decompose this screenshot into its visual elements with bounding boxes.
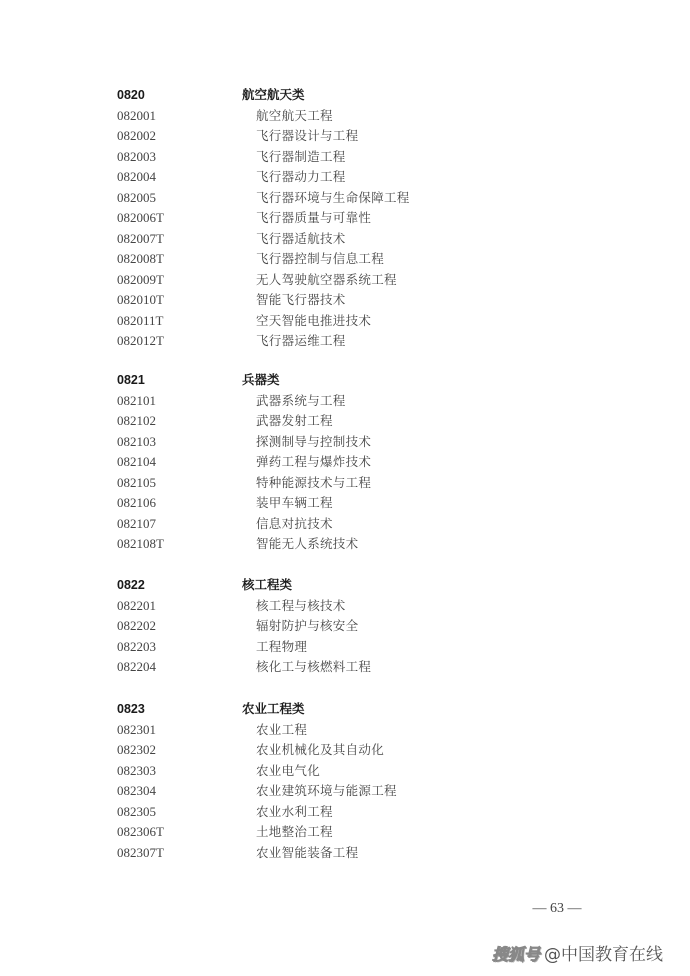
- major-name: 空天智能电推进技术: [256, 311, 371, 331]
- major-name: 无人驾驶航空器系统工程: [256, 270, 397, 290]
- watermark: 搜狐号@中国教育在线: [492, 943, 663, 967]
- list-item: 082005飞行器环境与生命保障工程: [0, 188, 690, 208]
- list-item: 082004飞行器动力工程: [0, 167, 690, 187]
- list-item: 082001航空航天工程: [0, 106, 690, 126]
- major-name: 飞行器动力工程: [256, 167, 346, 187]
- list-item: 082002飞行器设计与工程: [0, 126, 690, 146]
- category-title: 兵器类: [242, 370, 280, 390]
- major-name: 装甲车辆工程: [256, 493, 333, 513]
- major-code: 082001: [117, 106, 156, 126]
- list-item: 082304农业建筑环境与能源工程: [0, 781, 690, 801]
- major-code: 082302: [117, 740, 156, 760]
- list-item: 082202辐射防护与核安全: [0, 616, 690, 636]
- list-item: 082003飞行器制造工程: [0, 147, 690, 167]
- major-name: 武器系统与工程: [256, 391, 346, 411]
- list-item: 082006T飞行器质量与可靠性: [0, 208, 690, 228]
- list-item: 082101武器系统与工程: [0, 391, 690, 411]
- major-code: 082301: [117, 720, 156, 740]
- category-title: 农业工程类: [242, 699, 305, 719]
- major-name: 飞行器环境与生命保障工程: [256, 188, 410, 208]
- major-code: 082107: [117, 514, 156, 534]
- major-name: 武器发射工程: [256, 411, 333, 431]
- list-item: 082204核化工与核燃料工程: [0, 657, 690, 677]
- list-item: 082302农业机械化及其自动化: [0, 740, 690, 760]
- list-item: 082306T土地整治工程: [0, 822, 690, 842]
- list-item: 082203工程物理: [0, 637, 690, 657]
- list-item: 082008T飞行器控制与信息工程: [0, 249, 690, 269]
- list-item: 082307T农业智能装备工程: [0, 843, 690, 863]
- major-code: 082305: [117, 802, 156, 822]
- section-header: 0823 农业工程类: [0, 699, 690, 719]
- list-item: 082102武器发射工程: [0, 411, 690, 431]
- major-code: 082106: [117, 493, 156, 513]
- major-code: 082108T: [117, 534, 164, 554]
- list-item: 082305农业水利工程: [0, 802, 690, 822]
- major-name: 农业建筑环境与能源工程: [256, 781, 397, 801]
- major-code: 082002: [117, 126, 156, 146]
- list-item: 082105特种能源技术与工程: [0, 473, 690, 493]
- watermark-account: @中国教育在线: [544, 945, 663, 965]
- major-name: 智能飞行器技术: [256, 290, 346, 310]
- major-code: 082105: [117, 473, 156, 493]
- major-name: 农业电气化: [256, 761, 320, 781]
- category-code: 0822: [117, 575, 145, 595]
- list-item: 082009T无人驾驶航空器系统工程: [0, 270, 690, 290]
- category-code: 0823: [117, 699, 145, 719]
- major-code: 082009T: [117, 270, 164, 290]
- list-item: 082007T飞行器适航技术: [0, 229, 690, 249]
- list-item: 082011T空天智能电推进技术: [0, 311, 690, 331]
- list-item: 082107信息对抗技术: [0, 514, 690, 534]
- list-item: 082201核工程与核技术: [0, 596, 690, 616]
- major-code: 082303: [117, 761, 156, 781]
- major-code: 082304: [117, 781, 156, 801]
- major-name: 特种能源技术与工程: [256, 473, 371, 493]
- major-name: 农业水利工程: [256, 802, 333, 822]
- major-code: 082005: [117, 188, 156, 208]
- list-item: 082106装甲车辆工程: [0, 493, 690, 513]
- category-code: 0821: [117, 370, 145, 390]
- major-code: 082307T: [117, 843, 164, 863]
- major-name: 弹药工程与爆炸技术: [256, 452, 371, 472]
- major-name: 信息对抗技术: [256, 514, 333, 534]
- major-name: 农业工程: [256, 720, 307, 740]
- page-number: — 63 —: [525, 899, 589, 919]
- major-code: 082204: [117, 657, 156, 677]
- list-item: 082103探测制导与控制技术: [0, 432, 690, 452]
- list-item: 082301农业工程: [0, 720, 690, 740]
- major-code: 082010T: [117, 290, 164, 310]
- watermark-brand-logo: 搜狐号: [492, 945, 540, 964]
- category-title: 核工程类: [242, 575, 292, 595]
- major-name: 飞行器制造工程: [256, 147, 346, 167]
- major-name: 农业机械化及其自动化: [256, 740, 384, 760]
- major-code: 082006T: [117, 208, 164, 228]
- major-code: 082201: [117, 596, 156, 616]
- list-item: 082303农业电气化: [0, 761, 690, 781]
- list-item: 082012T飞行器运维工程: [0, 331, 690, 351]
- major-name: 辐射防护与核安全: [256, 616, 358, 636]
- major-name: 农业智能装备工程: [256, 843, 358, 863]
- list-item: 082010T智能飞行器技术: [0, 290, 690, 310]
- major-code: 082101: [117, 391, 156, 411]
- section-header: 0822 核工程类: [0, 575, 690, 595]
- document-page: 0820 航空航天类 082001航空航天工程 082002飞行器设计与工程 0…: [0, 0, 690, 976]
- major-name: 飞行器控制与信息工程: [256, 249, 384, 269]
- major-name: 工程物理: [256, 637, 307, 657]
- major-code: 082007T: [117, 229, 164, 249]
- major-code: 082103: [117, 432, 156, 452]
- major-code: 082008T: [117, 249, 164, 269]
- major-name: 飞行器运维工程: [256, 331, 346, 351]
- major-code: 082003: [117, 147, 156, 167]
- section-header: 0821 兵器类: [0, 370, 690, 390]
- major-name: 航空航天工程: [256, 106, 333, 126]
- major-name: 土地整治工程: [256, 822, 333, 842]
- major-name: 飞行器适航技术: [256, 229, 346, 249]
- major-code: 082203: [117, 637, 156, 657]
- major-code: 082104: [117, 452, 156, 472]
- major-name: 智能无人系统技术: [256, 534, 358, 554]
- major-code: 082306T: [117, 822, 164, 842]
- category-code: 0820: [117, 85, 145, 105]
- list-item: 082108T智能无人系统技术: [0, 534, 690, 554]
- major-name: 核工程与核技术: [256, 596, 346, 616]
- major-code: 082004: [117, 167, 156, 187]
- section-header: 0820 航空航天类: [0, 85, 690, 105]
- major-name: 飞行器质量与可靠性: [256, 208, 371, 228]
- major-code: 082202: [117, 616, 156, 636]
- major-code: 082012T: [117, 331, 164, 351]
- category-title: 航空航天类: [242, 85, 305, 105]
- list-item: 082104弹药工程与爆炸技术: [0, 452, 690, 472]
- major-name: 飞行器设计与工程: [256, 126, 358, 146]
- major-code: 082011T: [117, 311, 163, 331]
- major-name: 核化工与核燃料工程: [256, 657, 371, 677]
- major-code: 082102: [117, 411, 156, 431]
- major-name: 探测制导与控制技术: [256, 432, 371, 452]
